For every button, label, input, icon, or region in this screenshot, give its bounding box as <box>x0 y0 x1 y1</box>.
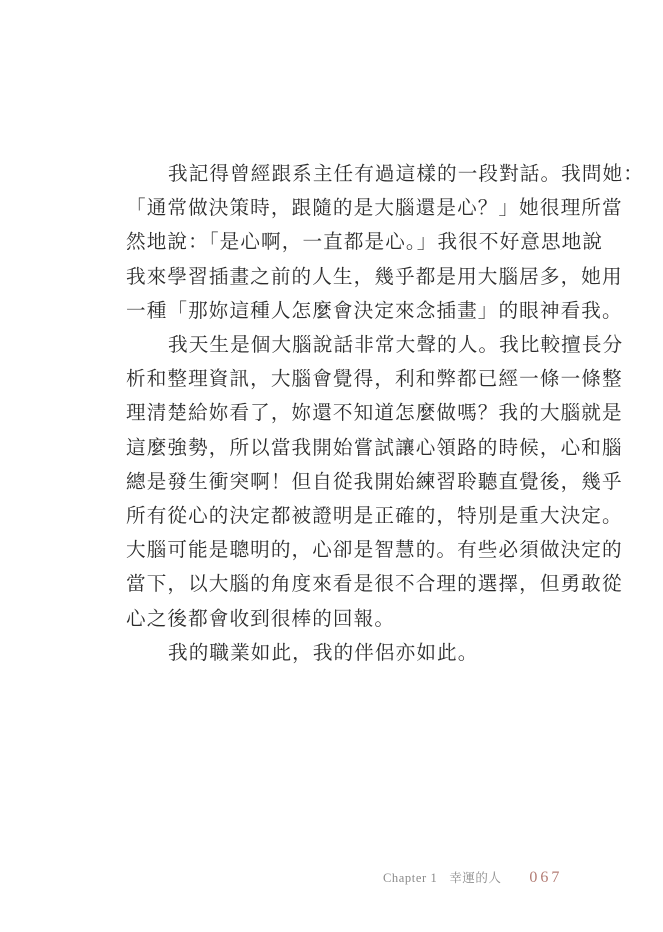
text-line: 所有從心的決定都被證明是正確的，特別是重大決定。 <box>126 499 550 533</box>
text-line: 析和整理資訊，大腦會覺得，利和弊都已經一條一條整 <box>126 362 550 396</box>
text-line: 一種「那妳這種人怎麼會決定來念插畫」的眼神看我。 <box>126 294 550 328</box>
text-line: 我記得曾經跟系主任有過這樣的一段對話。我問她： <box>126 157 550 191</box>
text-line: 理清楚給妳看了，妳還不知道怎麼做嗎？我的大腦就是 <box>126 396 550 430</box>
page-number: 067 <box>529 869 562 887</box>
page-footer: Chapter 1 幸運的人 067 <box>383 868 562 887</box>
text-line: 「通常做決策時，跟隨的是大腦還是心？」她很理所當 <box>126 191 550 225</box>
text-line: 我天生是個大腦說話非常大聲的人。我比較擅長分 <box>126 328 550 362</box>
text-line: 我來學習插畫之前的人生，幾乎都是用大腦居多，她用 <box>126 260 550 294</box>
chapter-label: Chapter 1 <box>383 871 437 886</box>
text-line: 然地說：「是心啊，一直都是心。」我很不好意思地說 <box>126 225 550 259</box>
text-line: 大腦可能是聰明的，心卻是智慧的。有些必須做決定的 <box>126 533 550 567</box>
paragraph-3: 我的職業如此，我的伴侶亦如此。 <box>126 636 550 670</box>
text-line: 總是發生衝突啊！但自從我開始練習聆聽直覺後，幾乎 <box>126 465 550 499</box>
paragraph-1: 我記得曾經跟系主任有過這樣的一段對話。我問她： 「通常做決策時，跟隨的是大腦還是… <box>126 157 550 328</box>
paragraph-2: 我天生是個大腦說話非常大聲的人。我比較擅長分 析和整理資訊，大腦會覺得，利和弊都… <box>126 328 550 636</box>
text-line: 當下，以大腦的角度來看是很不合理的選擇，但勇敢從 <box>126 567 550 601</box>
text-line: 我的職業如此，我的伴侶亦如此。 <box>126 636 550 670</box>
text-line: 這麼強勢，所以當我開始嘗試讓心領路的時候，心和腦 <box>126 431 550 465</box>
text-line: 心之後都會收到很棒的回報。 <box>126 602 550 636</box>
chapter-title: 幸運的人 <box>449 868 501 886</box>
page-body: 我記得曾經跟系主任有過這樣的一段對話。我問她： 「通常做決策時，跟隨的是大腦還是… <box>126 157 550 670</box>
